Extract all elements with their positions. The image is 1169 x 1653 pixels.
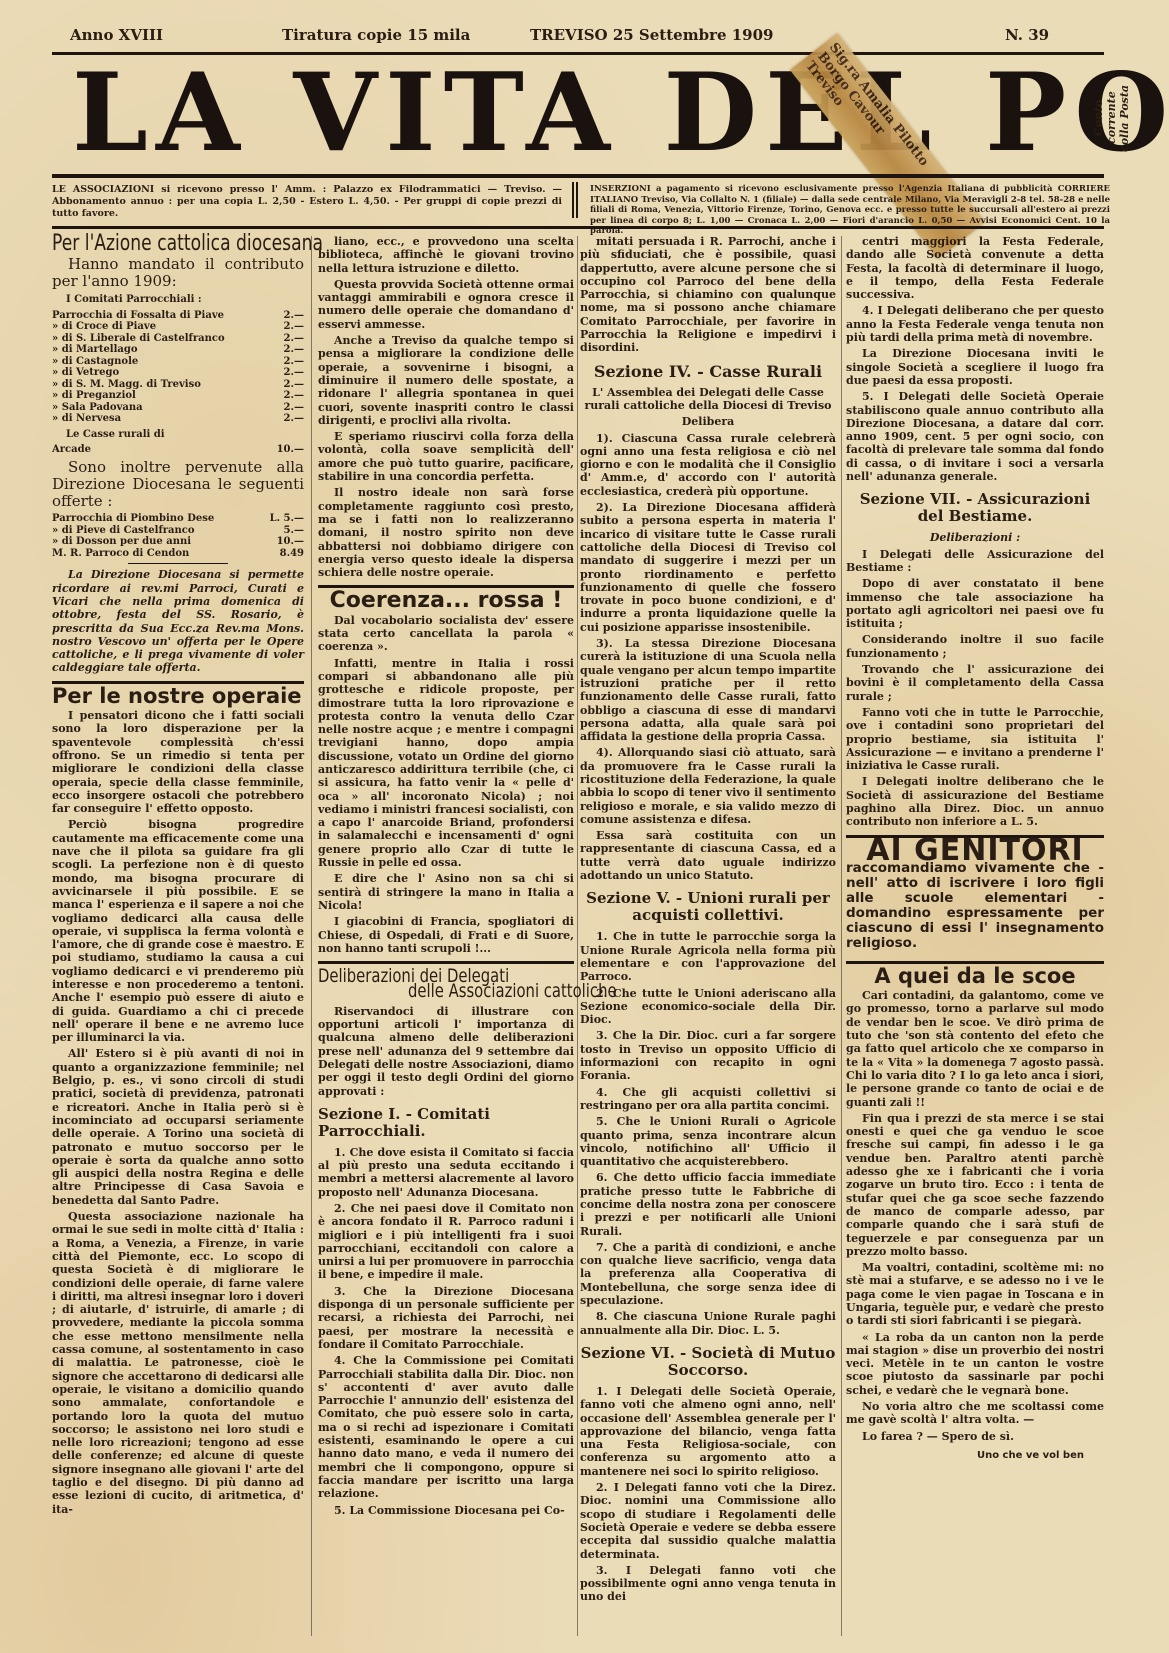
article-paragraph: « La roba da un canton non la perde mai …	[846, 1331, 1104, 1397]
article-paragraph: 4). Allorquando siasi ciò attuato, sarà …	[580, 746, 836, 826]
article-paragraph: Il nostro ideale non sarà forse completa…	[318, 486, 574, 579]
table-row: M. R. Parroco di Cendon8.49	[52, 548, 304, 560]
contribution-amount: 2.—	[277, 356, 304, 368]
subscriptions-info: LE ASSOCIAZIONI si ricevono presso l' Am…	[52, 184, 562, 220]
table-row: » di Preganziol2.—	[52, 390, 304, 402]
article-paragraph: Fanno voti che in tutte le Parrocchie, o…	[846, 706, 1104, 772]
contribution-amount: 2.—	[277, 344, 304, 356]
article-paragraph: Questa provvida Società ottenne ormai va…	[318, 278, 574, 331]
table-row: » di Nervesa2.—	[52, 413, 304, 425]
article-paragraph: 2. Che tutte le Unioni aderiscano alla S…	[580, 987, 836, 1027]
contribution-amount: 5.—	[260, 525, 304, 537]
article-paragraph: E dire che l' Asino non sa chi si sentir…	[318, 872, 574, 912]
sezione-4-intro: L' Assemblea dei Delegati delle Casse ru…	[580, 386, 836, 413]
contribution-amount: 2.—	[277, 367, 304, 379]
contribution-amount: 2.—	[277, 310, 304, 322]
rural-table: Arcade 10.—	[52, 444, 304, 456]
contribution-amount: 2.—	[277, 321, 304, 333]
contribution-amount: L. 5.—	[260, 513, 304, 525]
separator	[128, 563, 229, 564]
article-paragraph: Perciò bisogna progredire cautamente ma …	[52, 818, 304, 1044]
contributor-name: M. R. Parroco di Cendon	[52, 548, 260, 560]
article-paragraph: E speriamo riuscirvi colla forza della v…	[318, 430, 574, 483]
article-paragraph: 8. Che ciascuna Unione Rurale paghi annu…	[580, 1310, 836, 1337]
column-2: liano, ecc., e provvedono una scelta bib…	[318, 235, 574, 1520]
info-divider	[572, 182, 574, 218]
info-rule	[52, 226, 1104, 229]
heading-scoe: A quei da le scoe	[846, 970, 1104, 983]
contributor-name: » di Martellago	[52, 344, 277, 356]
column-divider	[311, 236, 312, 1636]
heading-sezione-7: Sezione VII. - Assicurazioni del Bestiam…	[846, 491, 1104, 525]
contributor-name: » di Pieve di Castelfranco	[52, 525, 260, 537]
table-row: » di Pieve di Castelfranco5.—	[52, 525, 304, 537]
heading-nostre-operaie: Per le nostre operaie	[52, 690, 304, 703]
table-row: » di Vetrego2.—	[52, 367, 304, 379]
article-paragraph: Ma voaltri, contadini, scoltème mi: no s…	[846, 1261, 1104, 1327]
contribution-amount: 8.49	[260, 548, 304, 560]
article-paragraph: 2). La Direzione Diocesana affiderà subi…	[580, 501, 836, 634]
article-paragraph: 4. Che la Commissione pei Comitati Parro…	[318, 1354, 574, 1500]
offers-intro: Sono inoltre pervenute alla Direzione Di…	[52, 459, 304, 510]
article-paragraph: I giacobini di Francia, spogliatori di C…	[318, 915, 574, 955]
article-paragraph: 3. I Delegati fanno voti che possibilmen…	[580, 1564, 836, 1604]
table-row: » di S. Liberale di Castelfranco2.—	[52, 333, 304, 345]
circulation-label: Tiratura copie 15 mila	[282, 26, 470, 44]
signature: Uno che ve vol ben	[846, 1449, 1104, 1462]
article-paragraph: liano, ecc., e provvedono una scelta bib…	[318, 235, 574, 275]
article-paragraph: I Delegati inoltre deliberano che le Soc…	[846, 775, 1104, 828]
heading-sezione-5: Sezione V. - Unioni rurali per acquisti …	[580, 890, 836, 924]
article-paragraph: 1). Ciascuna Cassa rurale celebrerà ogni…	[580, 432, 836, 498]
committees-label: I Comitati Parrocchiali :	[52, 293, 304, 306]
contribution-amount: 2.—	[277, 333, 304, 345]
table-row: » di Croce di Piave2.—	[52, 321, 304, 333]
contributor-name: » di S. Liberale di Castelfranco	[52, 333, 277, 345]
issue-number: N. 39	[1005, 26, 1049, 44]
masthead-top-line: Anno XVIII Tiratura copie 15 mila TREVIS…	[70, 22, 1110, 46]
article-paragraph: 5. La Commissione Diocesana pei Co-	[318, 1504, 574, 1517]
contributor-name: Parrocchia di Fossalta di Piave	[52, 310, 277, 322]
table-row: » di Dosson per due anni10.—	[52, 536, 304, 548]
newspaper-page: Anno XVIII Tiratura copie 15 mila TREVIS…	[0, 0, 1169, 1653]
info-divider	[576, 182, 578, 218]
article-paragraph: centri maggiori la Festa Federale, dando…	[846, 235, 1104, 301]
heading-sezione-1: Sezione I. - Comitati Parrocchiali.	[318, 1106, 574, 1140]
genitori-text: raccomandiamo vivamente che - nell' atto…	[846, 861, 1104, 951]
postal-note: Conto corrente colla Posta	[1092, 78, 1132, 158]
heading-deliberazioni-2: delle Associazioni cattoliche	[408, 985, 537, 998]
sezione-7-sub: Deliberazioni :	[846, 531, 1104, 544]
rural-label: Le Casse rurali di	[52, 428, 304, 441]
article-paragraph: Essa sarà costituita con un rappresentan…	[580, 829, 836, 882]
contributor-name: Parrocchia di Piombino Dese	[52, 513, 260, 525]
column-divider	[577, 236, 578, 1636]
article-paragraph: Questa associazione nazionale ha ormai l…	[52, 1210, 304, 1516]
contributor-name: » di Croce di Piave	[52, 321, 277, 333]
article-paragraph: Considerando inoltre il suo facile funzi…	[846, 633, 1104, 660]
article-paragraph: Anche a Treviso da qualche tempo si pens…	[318, 334, 574, 427]
heading-coerenza: Coerenza... rossa !	[318, 594, 574, 607]
sezione-4-delibera: Delibera	[580, 415, 836, 428]
heading-ai-genitori: AI GENITORI	[846, 844, 1104, 857]
article-paragraph: Dopo di aver constatato il bene immenso …	[846, 577, 1104, 630]
article-paragraph: 1. I Delegati delle Società Operaie, fan…	[580, 1385, 836, 1478]
column-3: mitati persuada i R. Parrochi, anche i p…	[580, 235, 836, 1607]
title-rule	[52, 174, 1104, 178]
article-paragraph: Fin qua i prezzi de sta merce i se stai …	[846, 1112, 1104, 1258]
article-paragraph: I pensatori dicono che i fatti sociali s…	[52, 709, 304, 815]
heading-azione-cattolica: Per l'Azione cattolica diocesana	[52, 237, 249, 250]
table-row: Parrocchia di Piombino DeseL. 5.—	[52, 513, 304, 525]
contribution-amount: 10.—	[260, 536, 304, 548]
deliberazioni-intro: Riservandoci di illustrare con opportuni…	[318, 1005, 574, 1098]
article-paragraph: Infatti, mentre in Italia i rossi compar…	[318, 657, 574, 870]
column-4: centri maggiori la Festa Federale, dando…	[846, 235, 1104, 1462]
contributor-name: » di Castagnole	[52, 356, 277, 368]
contributions-table: Parrocchia di Fossalta di Piave2.—» di C…	[52, 310, 304, 425]
article-paragraph: 2. Che nei paesi dove il Comitato non è …	[318, 1202, 574, 1282]
contribution-amount: 2.—	[277, 379, 304, 391]
article-paragraph: Trovando che l' assicurazione dei bovini…	[846, 663, 1104, 703]
contributor-name: » di S. M. Magg. di Treviso	[52, 379, 277, 391]
article-paragraph: 3. Che la Direzione Diocesana disponga d…	[318, 1285, 574, 1351]
table-row: Parrocchia di Fossalta di Piave2.—	[52, 310, 304, 322]
article-paragraph: La Direzione Diocesana inviti le singole…	[846, 347, 1104, 387]
article-paragraph: 1. Che in tutte le parrocchie sorga la U…	[580, 930, 836, 983]
article-paragraph: 3. Che la Dir. Dioc. curi a far sorgere …	[580, 1029, 836, 1082]
article-paragraph: 5. I Delegati delle Società Operaie stab…	[846, 390, 1104, 483]
place-date-label: TREVISO 25 Settembre 1909	[530, 26, 774, 44]
article-paragraph: mitati persuada i R. Parrochi, anche i p…	[580, 235, 836, 355]
table-row: » di Castagnole2.—	[52, 356, 304, 368]
newspaper-title: LA VITA DEL POPOLO	[72, 58, 1102, 168]
contribution-amount: 2.—	[277, 390, 304, 402]
table-row: Arcade 10.—	[52, 444, 304, 456]
column-divider	[841, 236, 842, 1636]
article-paragraph: No voria altro che me scoltassi come me …	[846, 1400, 1104, 1427]
rural-amount: 10.—	[200, 444, 304, 456]
article-paragraph: 5. Che le Unioni Rurali o Agricole quant…	[580, 1115, 836, 1168]
contribution-amount: 2.—	[277, 413, 304, 425]
article-paragraph: 1. Che dove esista il Comitato si faccia…	[318, 1146, 574, 1199]
article-paragraph: 2. I Delegati fanno voti che la Direz. D…	[580, 1481, 836, 1561]
article-paragraph: I Delegati delle Assicurazione del Besti…	[846, 548, 1104, 575]
table-row: » Sala Padovana2.—	[52, 402, 304, 414]
offers-table: Parrocchia di Piombino DeseL. 5.—» di Pi…	[52, 513, 304, 559]
heading-sezione-6: Sezione VI. - Società di Mutuo Soccorso.	[580, 1345, 836, 1379]
article-paragraph: Cari contadini, da galantomo, come ve go…	[846, 989, 1104, 1109]
article-paragraph: 3). La stessa Direzione Diocesana curerà…	[580, 637, 836, 743]
contributor-name: » di Preganziol	[52, 390, 277, 402]
contributor-name: » Sala Padovana	[52, 402, 277, 414]
table-row: » di Martellago2.—	[52, 344, 304, 356]
article-paragraph: 4. Che gli acquisti collettivi si restri…	[580, 1086, 836, 1113]
article-paragraph: All' Estero si è più avanti di noi in qu…	[52, 1047, 304, 1207]
article-paragraph: Lo farea ? — Spero de sì.	[846, 1430, 1104, 1443]
diocesan-note: La Direzione Diocesana si permette ricor…	[52, 568, 304, 674]
contributor-name: » di Dosson per due anni	[52, 536, 260, 548]
article-paragraph: 6. Che detto ufficio faccia immediate pr…	[580, 1171, 836, 1237]
article-paragraph: Dal vocabolario socialista dev' essere s…	[318, 614, 574, 654]
rural-name: Arcade	[52, 444, 200, 456]
table-row: » di S. M. Magg. di Treviso2.—	[52, 379, 304, 391]
heading-sezione-4: Sezione IV. - Casse Rurali	[580, 363, 836, 380]
contributor-name: » di Vetrego	[52, 367, 277, 379]
column-1: Per l'Azione cattolica diocesana Hanno m…	[52, 235, 304, 1519]
year-label: Anno XVIII	[70, 26, 163, 44]
article-paragraph: 7. Che a parità di condizioni, e anche c…	[580, 1241, 836, 1307]
section-rule	[318, 961, 574, 964]
contributions-intro: Hanno mandato il contributo per l'anno 1…	[52, 256, 304, 290]
contributor-name: » di Nervesa	[52, 413, 277, 425]
article-paragraph: 4. I Delegati deliberano che per questo …	[846, 304, 1104, 344]
contribution-amount: 2.—	[277, 402, 304, 414]
